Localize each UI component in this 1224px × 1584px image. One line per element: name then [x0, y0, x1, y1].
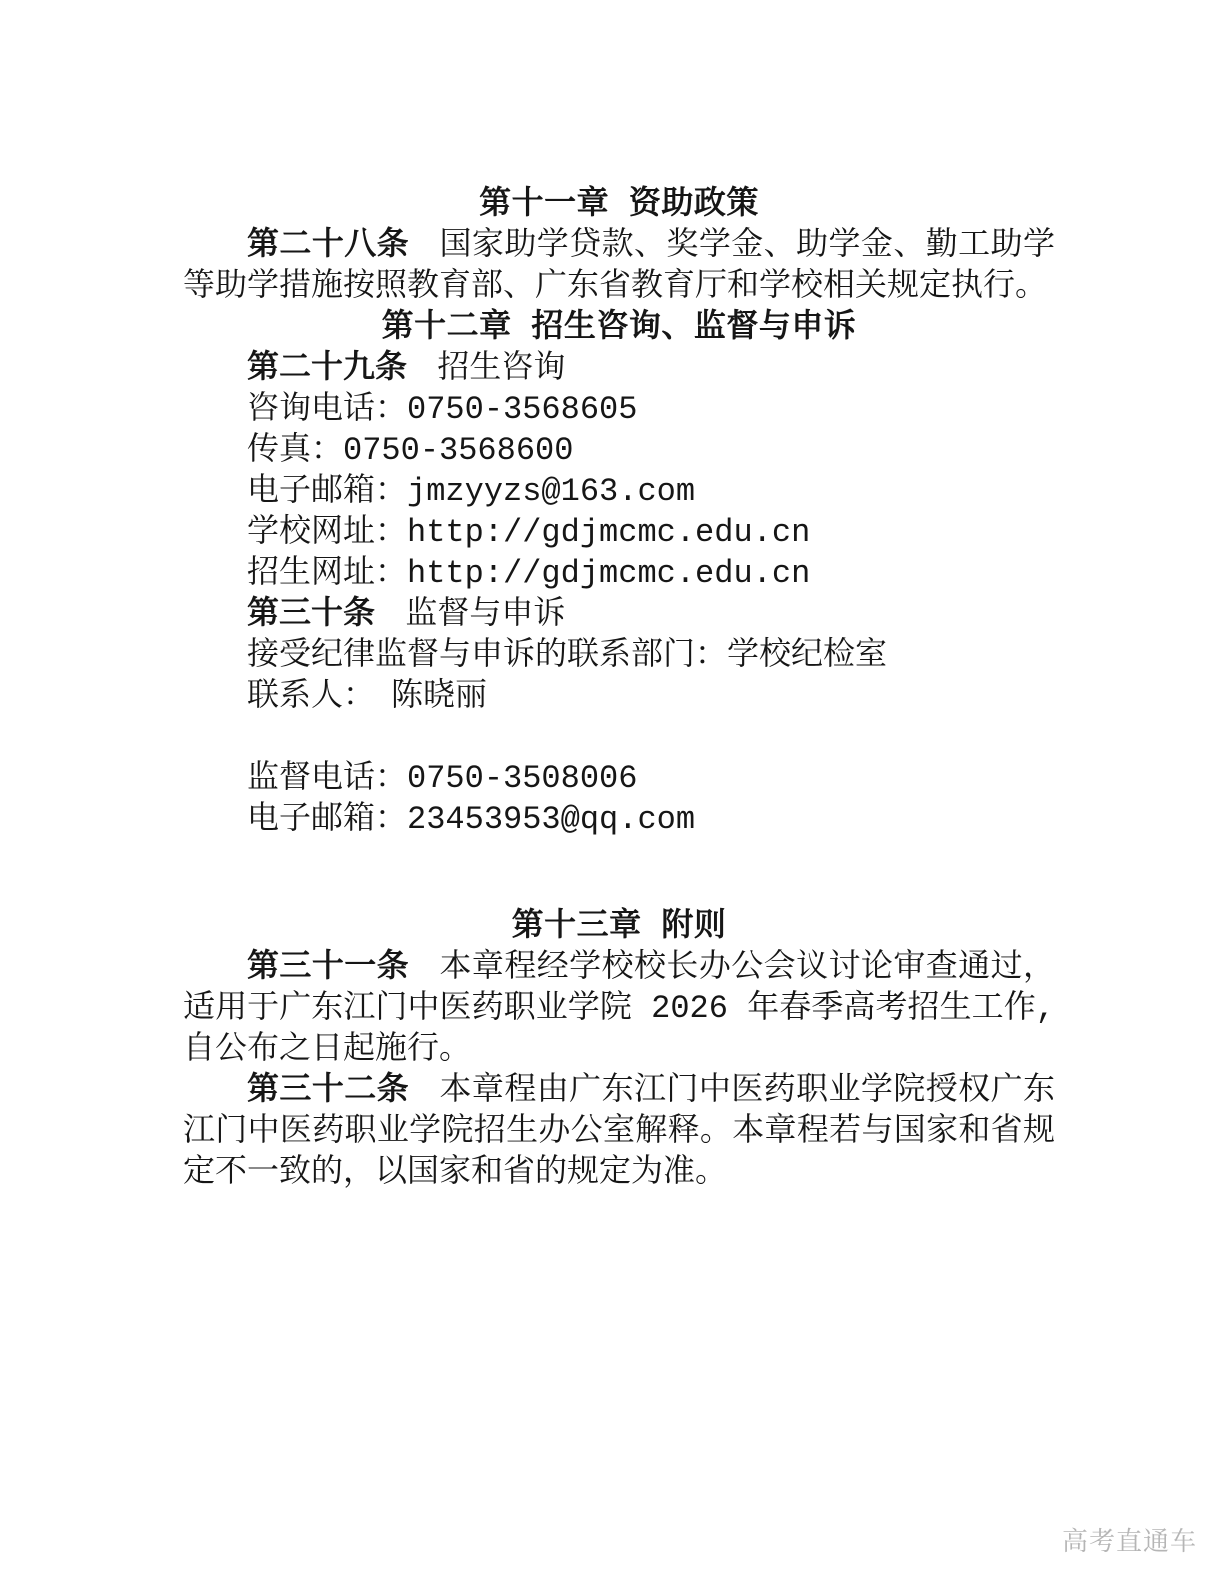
- chapter-13-heading: 第十三章 附则: [183, 906, 1055, 947]
- watermark-gaokao-zhitongche: 高考直通车: [1062, 1528, 1197, 1558]
- blank-line: [183, 840, 1055, 881]
- admission-website-line: 招生网址：http://gdjmcmc.edu.cn: [183, 553, 1055, 594]
- article-29-label: 第二十九条: [247, 350, 407, 387]
- article-32-paragraph: 第三十二条本章程由广东江门中医药职业学院授权广东江门中医药职业学院招生办公室解释…: [183, 1070, 1055, 1193]
- email-line: 电子邮箱：jmzyyzs@163.com: [183, 471, 1055, 512]
- article-32-label: 第三十二条: [247, 1072, 409, 1109]
- article-30-paragraph: 第三十条监督与申诉: [183, 594, 1055, 635]
- document-page: 第十一章 资助政策 第二十八条国家助学贷款、奖学金、助学金、勤工助学等助学措施按…: [0, 0, 1224, 1584]
- supervision-department-line: 接受纪律监督与申诉的联系部门：学校纪检室: [183, 635, 1055, 676]
- article-30-title: 监督与申诉: [405, 596, 565, 633]
- school-website-line: 学校网址：http://gdjmcmc.edu.cn: [183, 512, 1055, 553]
- blank-line: [183, 717, 1055, 758]
- supervision-phone-line: 监督电话：0750-3508006: [183, 758, 1055, 799]
- supervision-email-line: 电子邮箱：23453953@qq.com: [183, 799, 1055, 840]
- article-29-paragraph: 第二十九条招生咨询: [183, 348, 1055, 389]
- article-28-paragraph: 第二十八条国家助学贷款、奖学金、助学金、勤工助学等助学措施按照教育部、广东省教育…: [183, 225, 1055, 307]
- chapter-11-heading: 第十一章 资助政策: [183, 184, 1055, 225]
- chapter-12-heading: 第十二章 招生咨询、监督与申诉: [183, 307, 1055, 348]
- article-30-label: 第三十条: [247, 596, 375, 633]
- article-29-title: 招生咨询: [437, 350, 565, 387]
- consult-phone-line: 咨询电话：0750-3568605: [183, 389, 1055, 430]
- blank-half-line: [183, 881, 1055, 906]
- contact-person-line: 联系人： 陈晓丽: [183, 676, 1055, 717]
- article-31-label: 第三十一条: [247, 949, 409, 986]
- fax-line: 传真：0750-3568600: [183, 430, 1055, 471]
- article-31-paragraph: 第三十一条本章程经学校校长办公会议讨论审查通过，适用于广东江门中医药职业学院 2…: [183, 947, 1055, 1070]
- article-28-label: 第二十八条: [247, 227, 409, 264]
- document-content: 第十一章 资助政策 第二十八条国家助学贷款、奖学金、助学金、勤工助学等助学措施按…: [183, 184, 1055, 1193]
